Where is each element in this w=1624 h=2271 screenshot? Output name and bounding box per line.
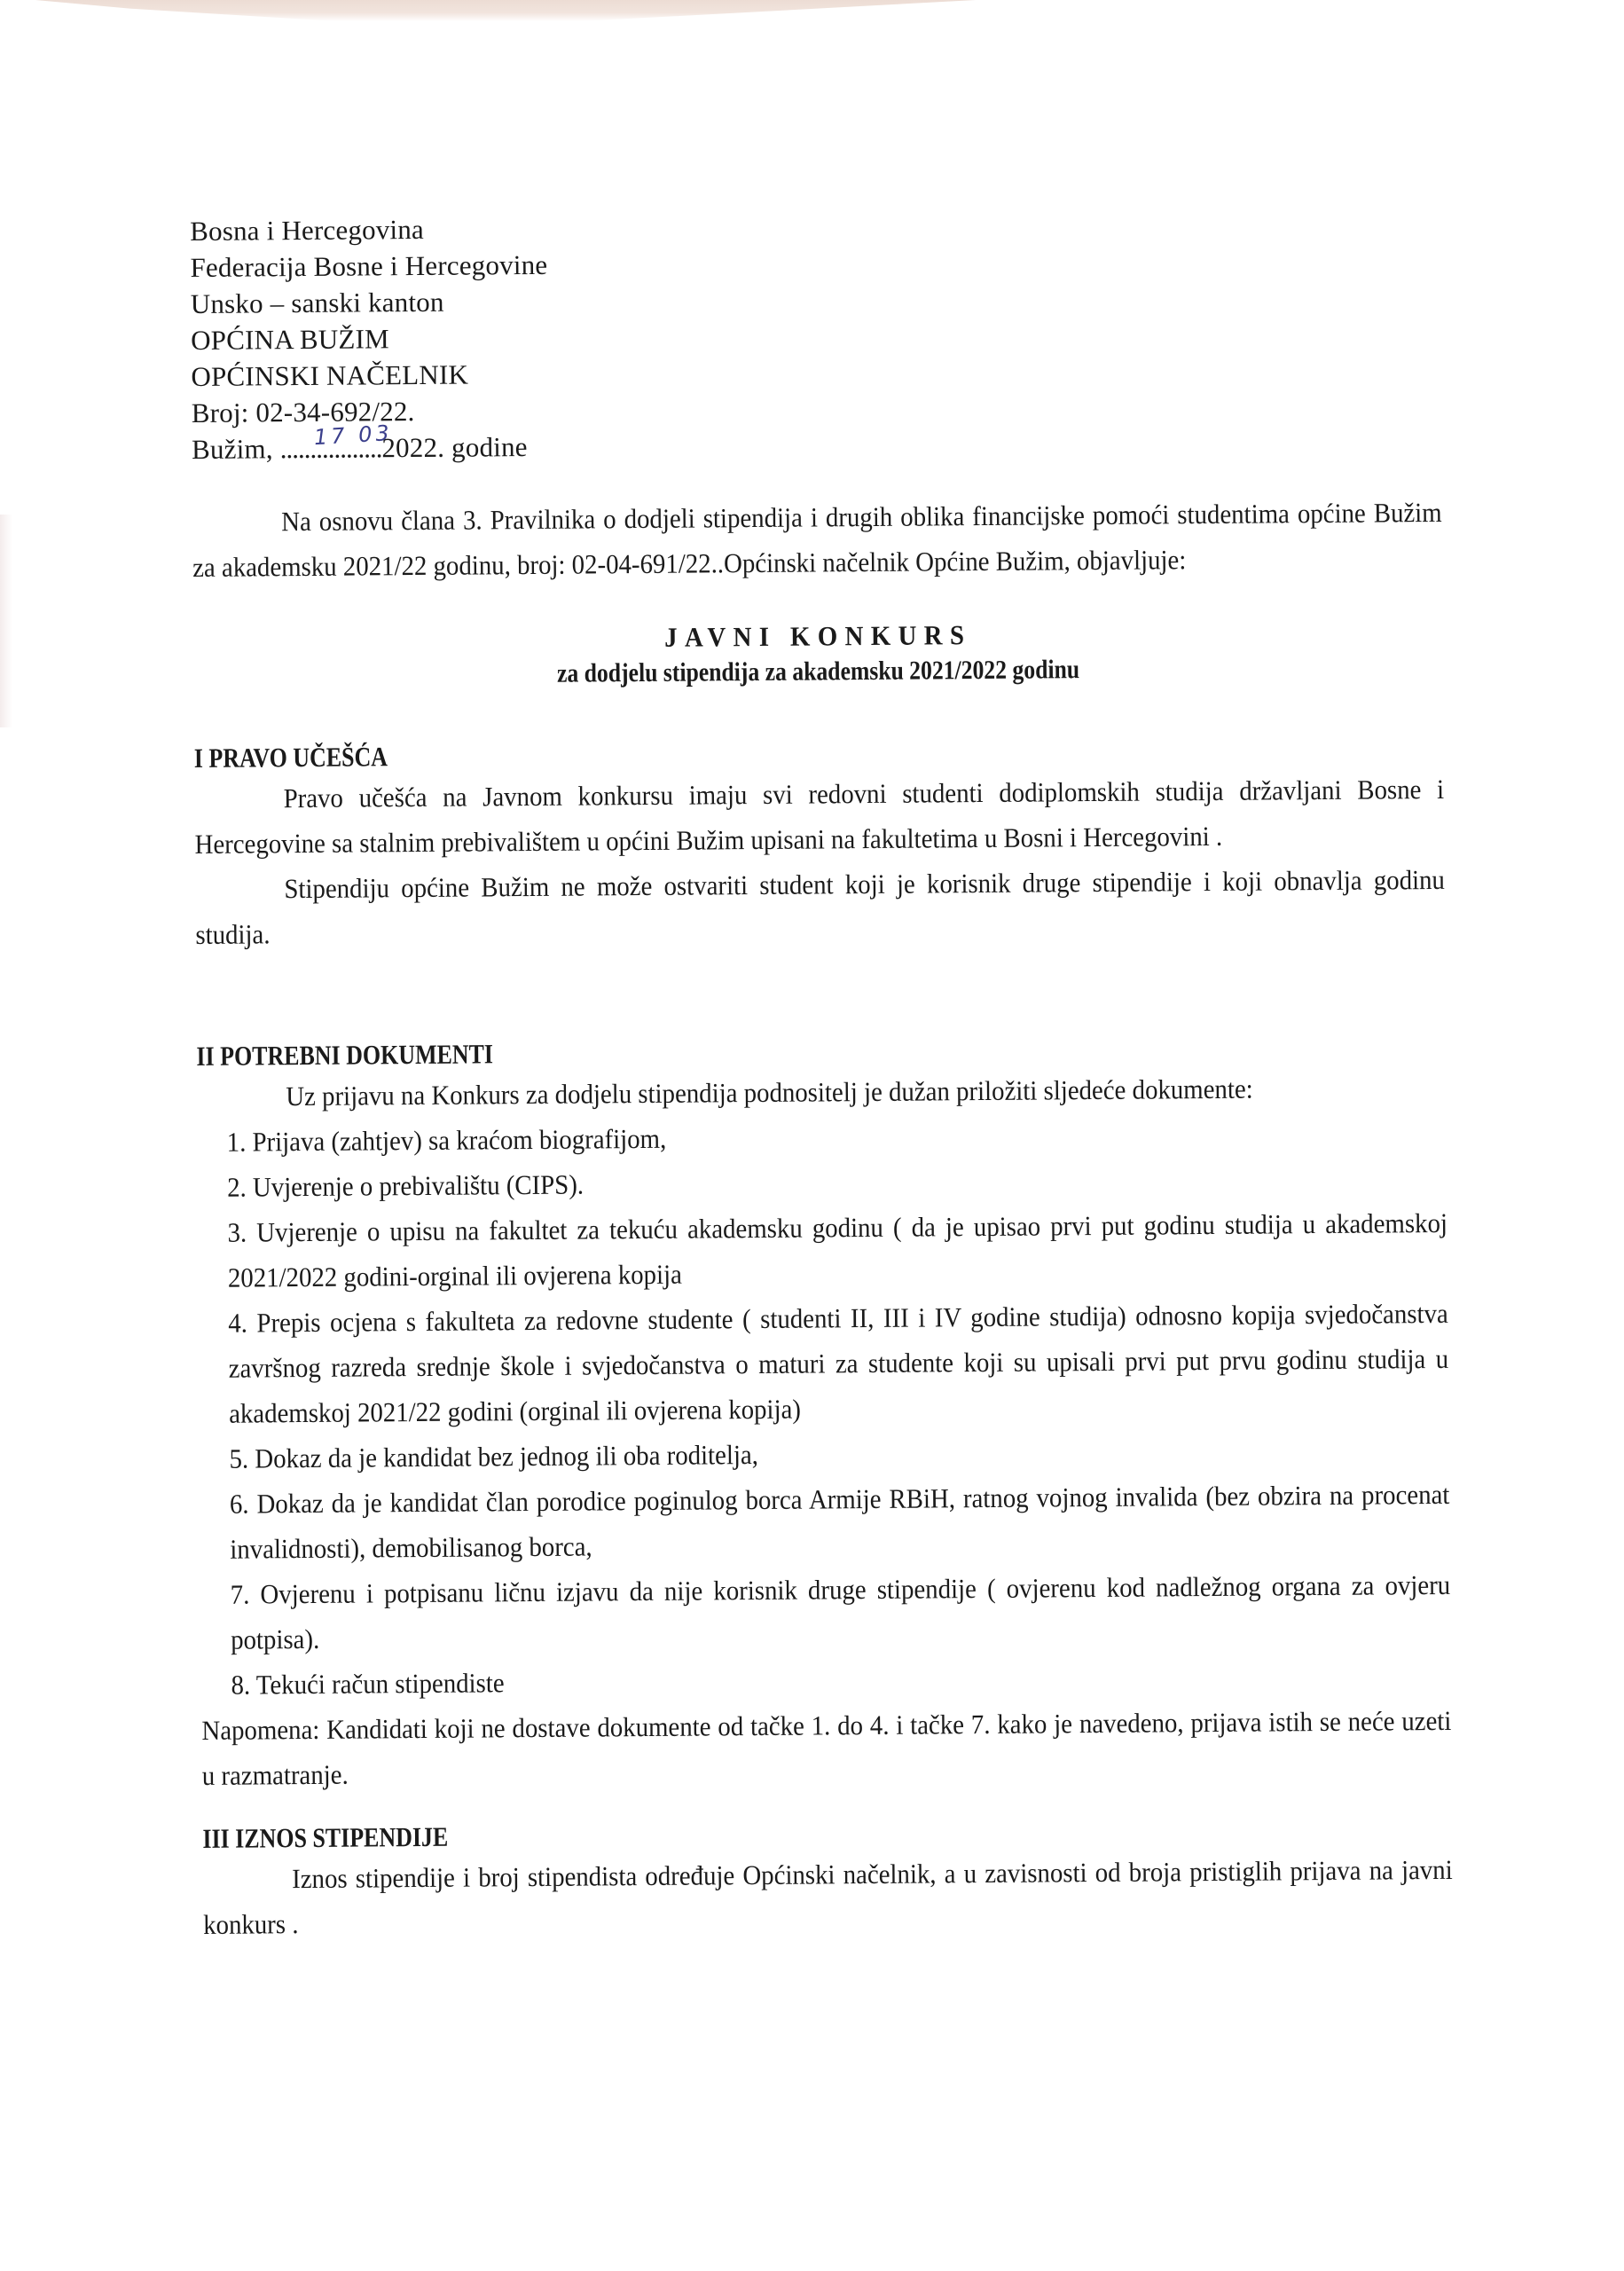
document-page: Bosna i Hercegovina Federacija Bosne i H… (190, 203, 1454, 1947)
amount-paragraph: Iznos stipendije i broj stipendista odre… (203, 1847, 1454, 1947)
document-body: Na osnovu člana 3. Pravilnika o dodjeli … (192, 490, 1454, 1947)
handwritten-date: 17 03 (313, 415, 394, 456)
date-prefix: Bužim, (192, 433, 280, 465)
intro-paragraph: Na osnovu člana 3. Pravilnika o dodjeli … (192, 490, 1443, 590)
required-documents-list: 1. Prijava (zahtjev) sa kraćom biografij… (197, 1110, 1451, 1708)
participation-paragraph-2: Stipendiju općine Bužim ne može ostvarit… (195, 857, 1446, 957)
paper-shadow-top (35, 0, 976, 21)
list-item: 6. Dokaz da je kandidat član porodice po… (230, 1472, 1450, 1572)
paper-shadow-left (0, 515, 12, 727)
date-suffix: 2022. godine (381, 431, 528, 463)
list-item: 3. Uvjerenje o upisu na fakultet za teku… (227, 1200, 1447, 1301)
documents-note: Napomena: Kandidati koji ne dostave doku… (201, 1698, 1452, 1798)
document-title: JAVNI KONKURS za dodjelu stipendija za a… (193, 614, 1444, 695)
participation-paragraph-1: Pravo učešća na Javnom konkursu imaju sv… (194, 766, 1445, 867)
list-item: 4. Prepis ocjena s fakulteta za redovne … (228, 1291, 1449, 1436)
list-item: 7. Ovjerenu i potpisanu ličnu izjavu da … (231, 1562, 1451, 1662)
document-date: Bužim, .................2022. godine 17 … (192, 421, 1442, 468)
letterhead: Bosna i Hercegovina Federacija Bosne i H… (190, 203, 1442, 468)
